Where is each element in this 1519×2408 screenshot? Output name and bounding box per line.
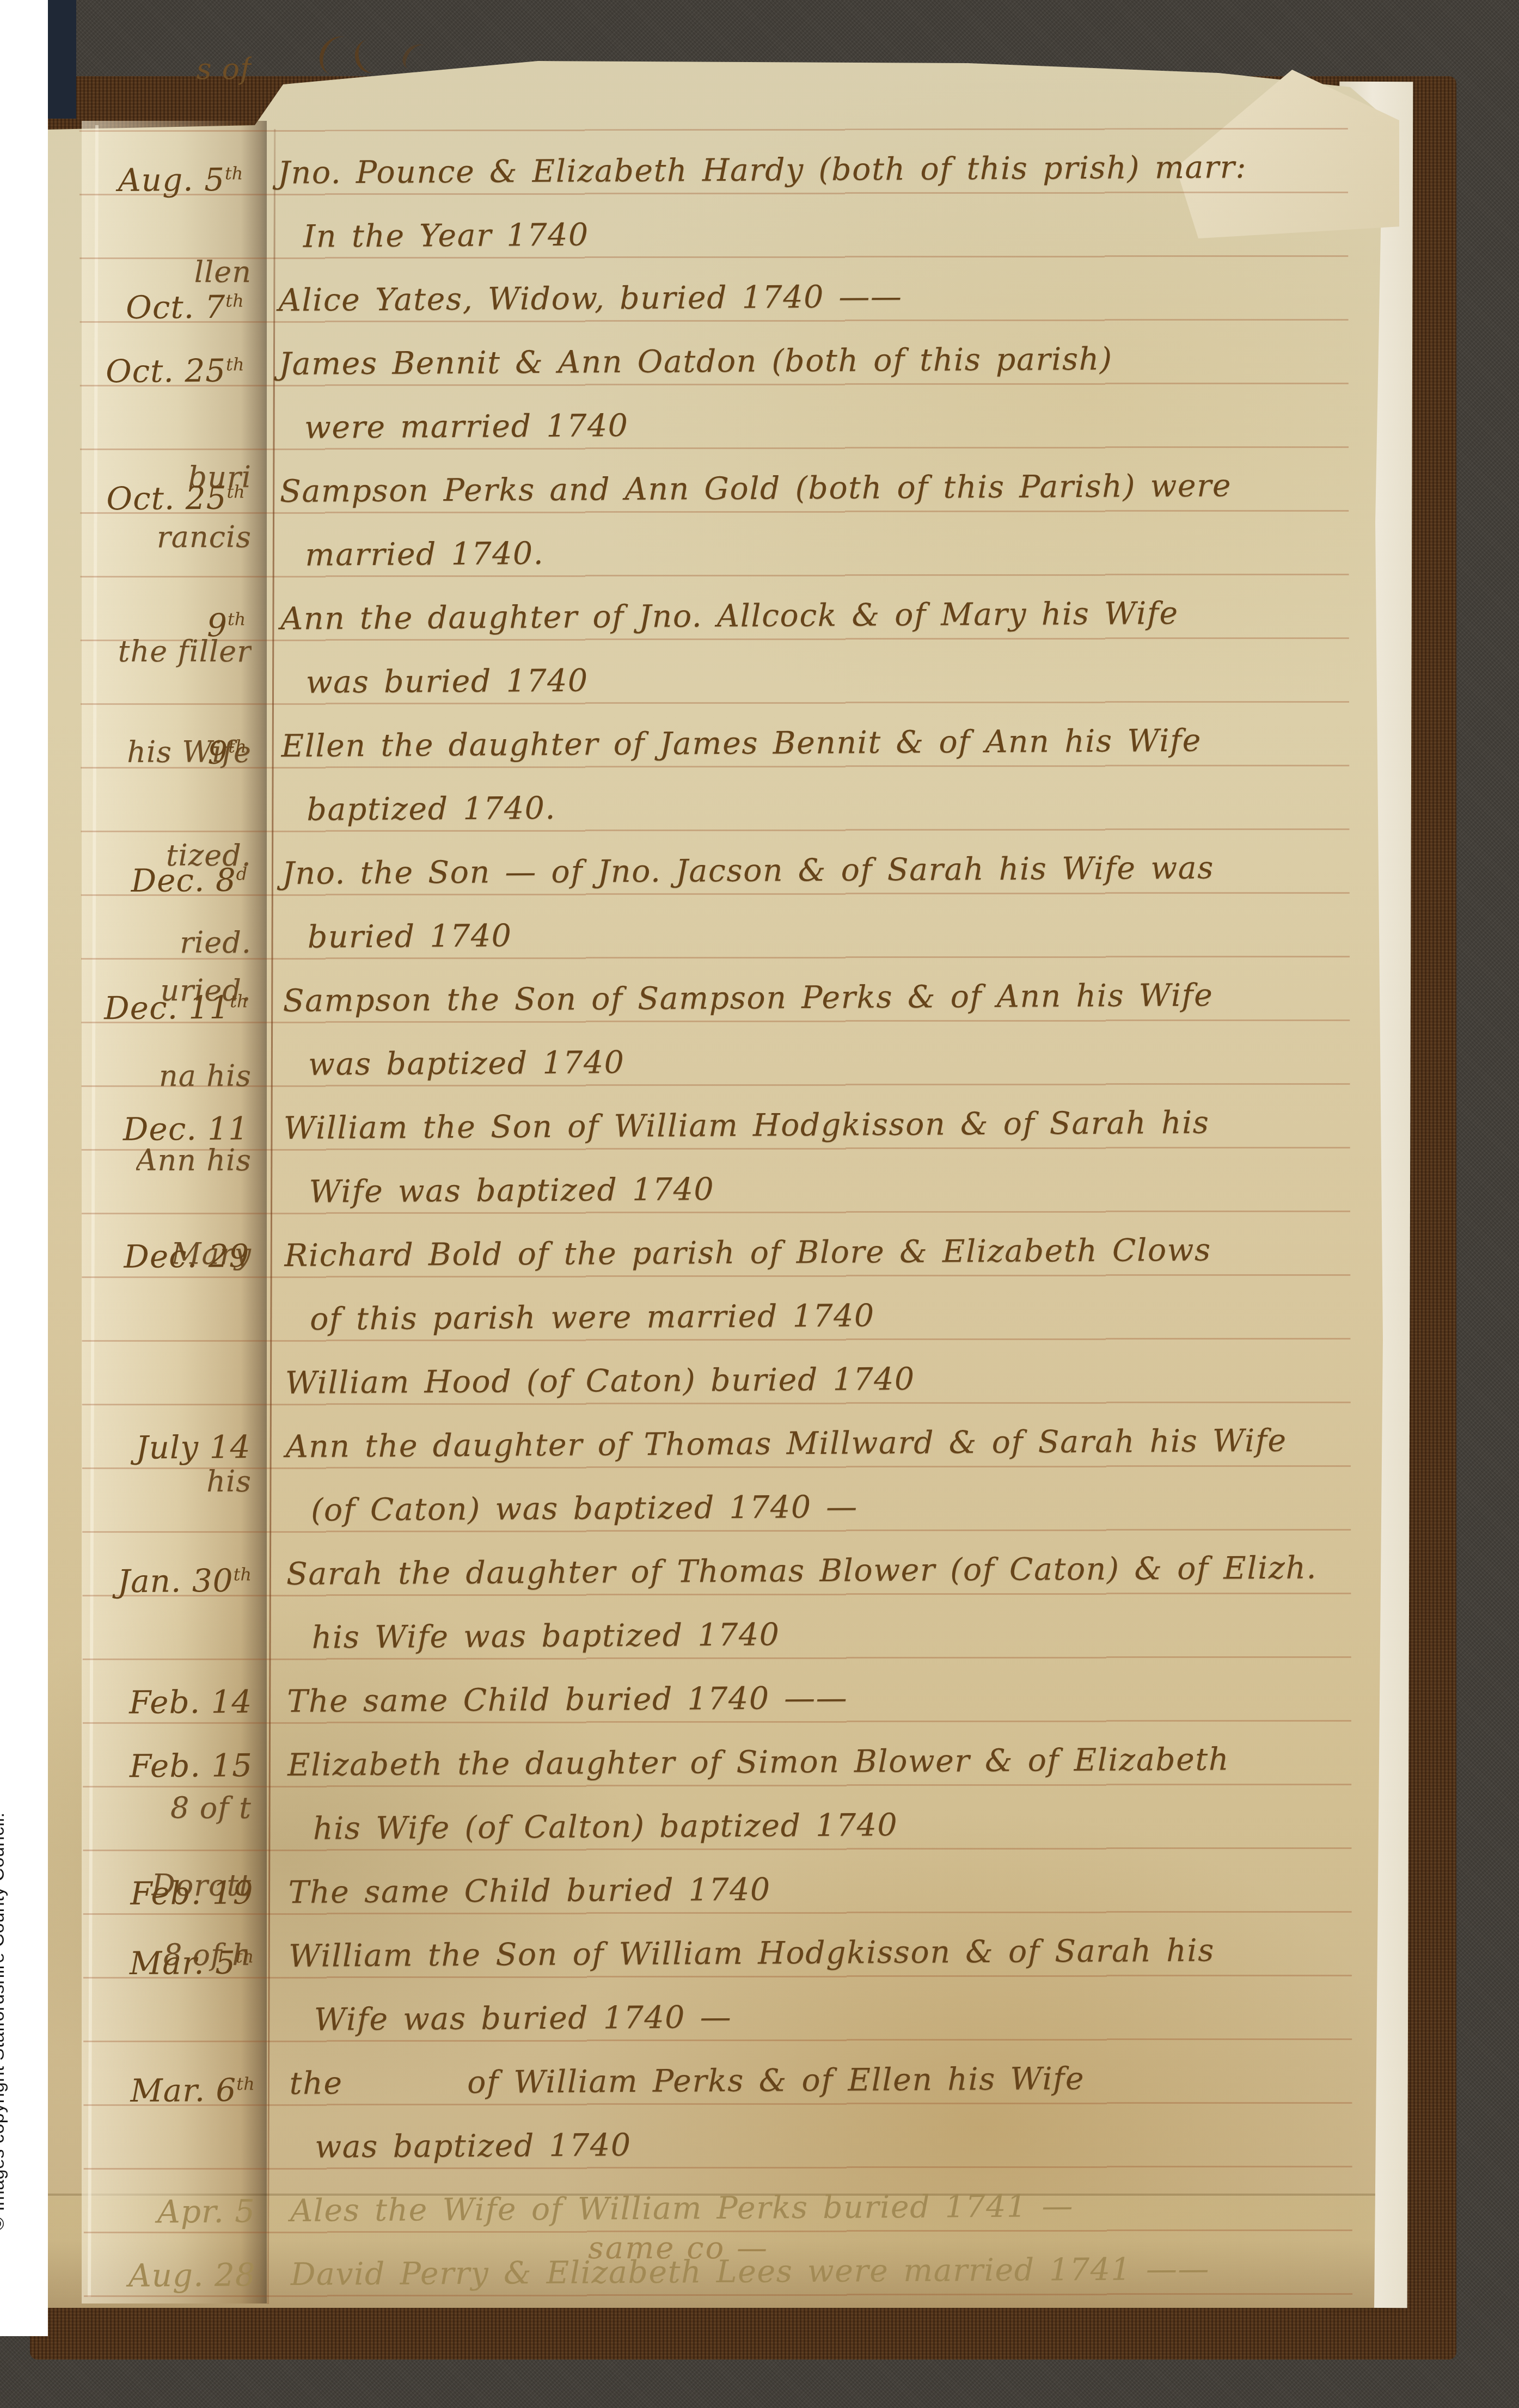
entry-date: Dec. 29: [82, 1224, 274, 1289]
entry-text: Sampson Perks and Ann Gold (both of this…: [268, 453, 1362, 587]
register-entry: Dec. 11William the Son of William Hodgki…: [81, 1090, 1367, 1225]
entry-text-line: his Wife (of Calton) baptized 1740: [287, 1791, 1370, 1861]
register-entry: Dec. 11thSampson the Son of Sampson Perk…: [80, 963, 1365, 1098]
copyright-notice: © Images copyright Staffordshire County …: [0, 1813, 9, 2231]
entry-text-line: Jno. the Son — of Jno. Jacson & of Sarah…: [282, 836, 1365, 906]
entry-text-line: Elizabeth the daughter of Simon Blower &…: [287, 1727, 1370, 1797]
entry-text-line: Ann the daughter of Jno. Allcock & of Ma…: [280, 581, 1363, 651]
entry-text: Ellen the daughter of James Bennit & of …: [270, 708, 1364, 842]
entry-date: Oct. 25th: [77, 460, 269, 525]
register-entry: Mar. 5thWilliam the Son of William Hodgk…: [86, 1918, 1371, 2053]
entry-date: Dec. 11th: [80, 969, 272, 1034]
margin-fragment: s of: [197, 52, 252, 86]
entry-text-line: the of William Perks & of Ellen his Wife: [289, 2045, 1372, 2116]
entry-text-line: Sampson the Son of Sampson Perks & of An…: [283, 963, 1365, 1033]
bottom-faint-text: same co —: [588, 2231, 769, 2266]
entry-text: Ann the daughter of Thomas Millward & of…: [274, 1409, 1368, 1543]
entry-text: Alice Yates, Widow, buried 1740 ——: [267, 262, 1361, 333]
register-entry: Feb. 19The same Child buried 1740: [85, 1854, 1371, 1926]
entry-text-line: Ann the daughter of Thomas Millward & of…: [285, 1409, 1368, 1479]
entry-text-line: Alice Yates, Widow, buried 1740 ——: [278, 262, 1361, 333]
entry-text-line: his Wife was baptized 1740: [286, 1600, 1369, 1670]
entry-text: David Perry & Elizabeth Lees were marrie…: [279, 2237, 1373, 2307]
register-entry: Oct. 25thSampson Perks and Ann Gold (bot…: [77, 453, 1362, 588]
register-entry: Dec. 29Richard Bold of the parish of Blo…: [82, 1218, 1367, 1353]
entry-text-line: The same Child buried 1740 ——: [287, 1663, 1370, 1734]
entry-text-line: Wife was buried 1740 —: [289, 1982, 1372, 2052]
entry-text-line: was baptized 1740: [290, 2109, 1373, 2179]
entry-date: July 14: [83, 1415, 275, 1480]
register-entry: Jan. 30thSarah the daughter of Thomas Bl…: [84, 1536, 1369, 1671]
entry-date: Jan. 30th: [84, 1543, 276, 1607]
register-entry: Oct. 7thAlice Yates, Widow, buried 1740 …: [76, 262, 1361, 334]
entry-text: Ales the Wife of William Perks buried 17…: [279, 2173, 1373, 2243]
entry-date: Feb. 19: [85, 1861, 278, 1926]
entry-date: Aug. 5th: [75, 142, 267, 206]
entry-text-line: married 1740.: [280, 517, 1363, 587]
entry-date: Mar. 6th: [87, 2052, 279, 2117]
entry-text-line: Wife was baptized 1740: [284, 1154, 1367, 1224]
entry-text-line: William Hood (of Caton) buried 1740: [285, 1345, 1368, 1415]
entry-text: Ann the daughter of Jno. Allcock & of Ma…: [269, 581, 1363, 715]
entry-text: James Bennit & Ann Oatdon (both of this …: [268, 326, 1362, 460]
register-entry: Feb. 14The same Child buried 1740 ——: [84, 1663, 1370, 1735]
entry-text-line: William the Son of William Hodgkisson & …: [284, 1090, 1367, 1160]
entry-date: Mar. 5th: [86, 1925, 278, 1989]
register-entry: Aug. 5thJno. Pounce & Elizabeth Hardy (b…: [75, 135, 1361, 270]
entry-date: [82, 1352, 274, 1416]
entry-text-line: Richard Bold of the parish of Blore & El…: [284, 1218, 1367, 1288]
register-entry: Dec. 8dJno. the Son — of Jno. Jacson & o…: [79, 836, 1365, 970]
entry-date: Apr. 5: [88, 2179, 280, 2244]
entry-date: 9th: [78, 587, 270, 652]
entry-text-line: James Bennit & Ann Oatdon (both of this …: [279, 326, 1362, 396]
entry-date: Feb. 15: [85, 1734, 277, 1798]
entry-text: The same Child buried 1740 ——: [276, 1663, 1370, 1734]
entry-date: Dec. 8d: [79, 842, 272, 907]
register-entry: 9thAnn the daughter of Jno. Allcock & of…: [78, 581, 1363, 716]
entry-text: the of William Perks & of Ellen his Wife…: [278, 2045, 1372, 2179]
entry-text: William the Son of William Hodgkisson & …: [278, 1918, 1371, 2052]
register-entry: William Hood (of Caton) buried 1740: [82, 1345, 1368, 1416]
register-entry: July 14Ann the daughter of Thomas Millwa…: [83, 1409, 1368, 1544]
entry-text-line: Sarah the daughter of Thomas Blower (of …: [286, 1536, 1369, 1606]
entry-text: Sarah the daughter of Thomas Blower (of …: [275, 1536, 1369, 1670]
entry-date: Feb. 14: [84, 1670, 277, 1735]
entry-text-line: David Perry & Elizabeth Lees were marrie…: [290, 2237, 1373, 2307]
entry-date: Dec. 11: [81, 1097, 273, 1162]
entry-text: Sampson the Son of Sampson Perks & of An…: [272, 963, 1365, 1097]
scanner-strip: © Images copyright Staffordshire County …: [0, 0, 48, 2336]
entry-text-line: Sampson Perks and Ann Gold (both of this…: [279, 453, 1362, 524]
entry-text-line: The same Child buried 1740: [288, 1854, 1371, 1925]
entry-text: Jno. the Son — of Jno. Jacson & of Sarah…: [271, 836, 1365, 969]
entry-date: Aug. 28: [88, 2243, 280, 2308]
entry-text-line: was baptized 1740: [283, 1027, 1366, 1097]
entry-text-line: In the Year 1740: [278, 199, 1361, 269]
entry-date: Oct. 25th: [76, 333, 268, 397]
entry-text: William Hood (of Caton) buried 1740: [274, 1345, 1368, 1415]
top-edge-ink-stroke: [400, 39, 437, 76]
register-entry: Oct. 25thJames Bennit & Ann Oatdon (both…: [76, 326, 1362, 461]
entry-date: 9th: [78, 715, 271, 779]
entry-text-line: was buried 1740: [281, 644, 1364, 715]
entry-text: Elizabeth the daughter of Simon Blower &…: [277, 1727, 1370, 1861]
entry-text-line: were married 1740: [279, 390, 1362, 460]
entry-text-line: Ellen the daughter of James Bennit & of …: [281, 708, 1364, 778]
entry-text-line: (of Caton) was baptized 1740 —: [286, 1472, 1369, 1543]
register-entry: 9thEllen the daughter of James Bennit & …: [78, 708, 1364, 843]
entry-date: Oct. 7th: [76, 269, 268, 334]
entry-text-line: baptized 1740.: [281, 772, 1364, 842]
register-entry: Feb. 15Elizabeth the daughter of Simon B…: [85, 1727, 1370, 1862]
entry-text: The same Child buried 1740: [277, 1854, 1371, 1925]
entry-text-line: Ales the Wife of William Perks buried 17…: [290, 2173, 1373, 2243]
entry-text: Richard Bold of the parish of Blore & El…: [273, 1218, 1367, 1352]
register-entries: Aug. 5thJno. Pounce & Elizabeth Hardy (b…: [75, 135, 1373, 2308]
entry-text: Jno. Pounce & Elizabeth Hardy (both of t…: [267, 135, 1361, 269]
entry-text-line: William the Son of William Hodgkisson & …: [289, 1918, 1371, 1988]
register-entry: Mar. 6ththe of William Perks & of Ellen …: [87, 2045, 1372, 2180]
entry-text-line: Jno. Pounce & Elizabeth Hardy (both of t…: [278, 135, 1361, 205]
entry-text: William the Son of William Hodgkisson & …: [273, 1090, 1367, 1224]
adjacent-cover-edge: [46, 0, 76, 119]
entry-text-line: buried 1740: [282, 899, 1365, 969]
entry-text-line: of this parish were married 1740: [285, 1281, 1368, 1352]
